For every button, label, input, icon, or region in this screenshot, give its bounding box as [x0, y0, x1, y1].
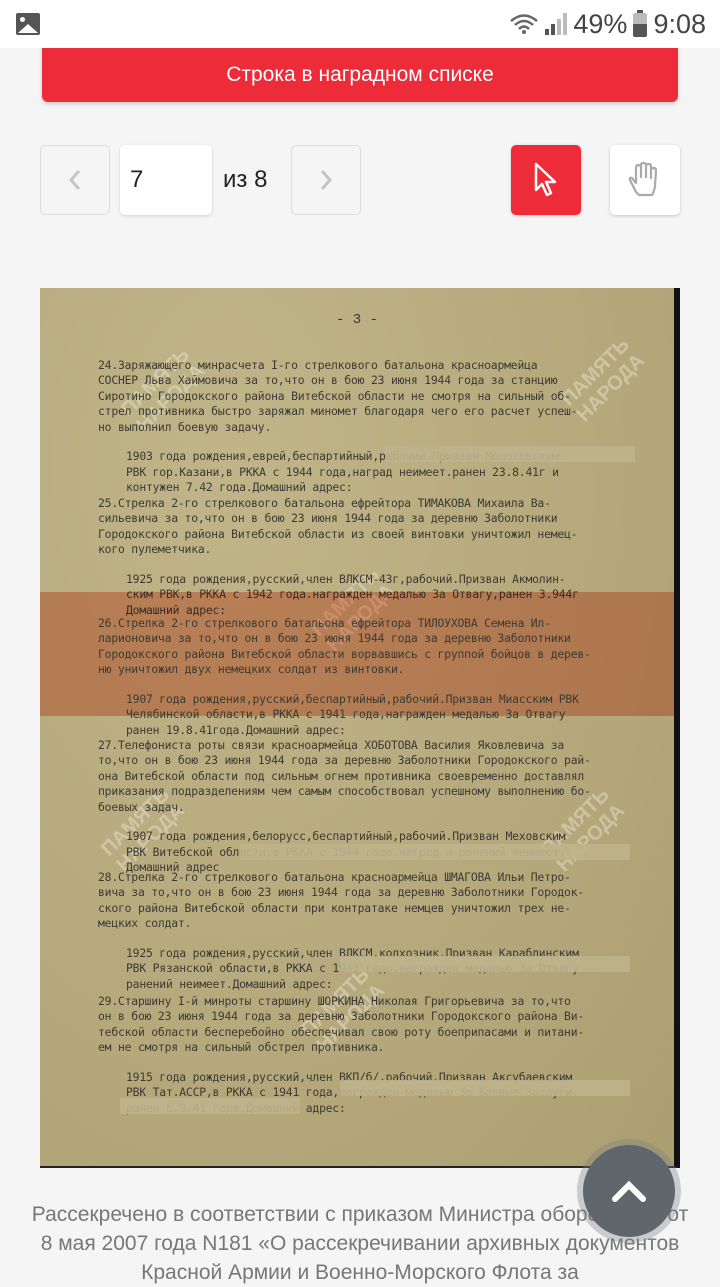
- redacted-address: [385, 446, 635, 462]
- status-bar: 49% 9:08: [0, 0, 720, 48]
- chevron-right-icon: [319, 169, 333, 191]
- entry-text: 27.Телефониста роты связи красноармейца …: [98, 738, 591, 814]
- chevron-left-icon: [68, 169, 82, 191]
- hand-tool-button[interactable]: [610, 145, 680, 215]
- cursor-arrow-icon: [533, 162, 559, 198]
- entry-text: 29.Старшину I-й минроты старшину ШОРКИНА…: [98, 994, 584, 1055]
- wifi-icon: [509, 12, 539, 36]
- prev-page-button[interactable]: [40, 145, 110, 215]
- entry-text: 25.Стрелка 2-го стрелкового батальона еф…: [98, 496, 577, 557]
- chevron-up-icon: [612, 1180, 646, 1202]
- scroll-to-top-button[interactable]: [583, 1145, 675, 1237]
- page-count-label: из 8: [223, 145, 267, 215]
- redacted-address: [340, 1080, 630, 1096]
- hand-icon: [626, 162, 664, 198]
- redacted-address: [340, 956, 630, 972]
- clock: 9:08: [653, 9, 706, 40]
- document-scan-viewer[interactable]: ПАМЯТЬ НАРОДА ПАМЯТЬ НАРОДА ПАМЯТЬ НАРОД…: [40, 288, 680, 1168]
- image-notification-icon: [16, 13, 40, 35]
- page-navigator: из 8: [40, 145, 680, 215]
- award-list-row-label: Строка в наградном списке: [226, 63, 494, 87]
- next-page-button[interactable]: [291, 145, 361, 215]
- document-page-number: - 3 -: [40, 312, 674, 328]
- battery-icon: [633, 13, 647, 37]
- entry-text: 28.Стрелка 2-го стрелкового батальона кр…: [98, 870, 584, 931]
- battery-percent: 49%: [573, 9, 627, 40]
- pointer-tool-button[interactable]: [511, 145, 581, 215]
- entry-text: 24.Заряжающего минрасчета I-го стрелково…: [98, 358, 577, 434]
- redacted-address: [120, 1098, 300, 1114]
- signal-icon: [545, 13, 567, 35]
- entry-text: 26.Стрелка 2-го стрелкового батальона еф…: [98, 616, 591, 677]
- page-number-input[interactable]: [120, 145, 212, 215]
